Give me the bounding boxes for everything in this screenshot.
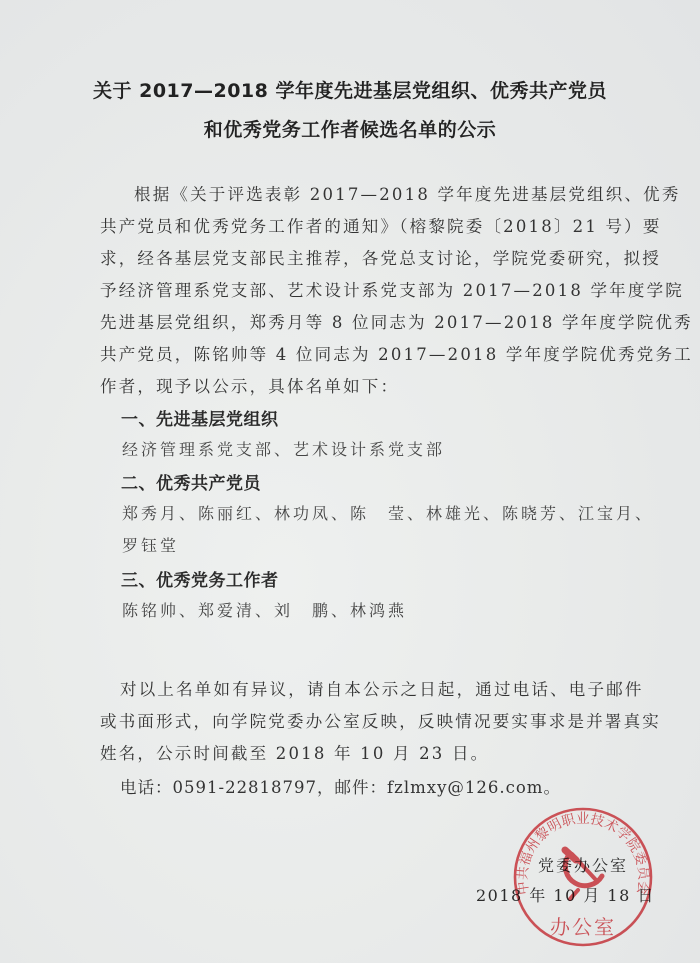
document-title-line-2: 和优秀党务工作者候选名单的公示 <box>0 115 700 142</box>
stamp-bottom-text: 办公室 <box>550 915 616 939</box>
paragraph-line: 作者，现予以公示，具体名单如下： <box>100 373 399 397</box>
document-title-line-1: 关于 2017—2018 学年度先进基层党组织、优秀共产党员 <box>0 76 700 103</box>
paragraph-line: 求，经各基层党支部民主推荐，各党总支讨论，学院党委研究，拟授 <box>100 245 624 269</box>
section-names: 罗钰堂 <box>122 533 179 556</box>
section-heading: 二、优秀共产党员 <box>121 469 261 494</box>
document-page: 关于 2017—2018 学年度先进基层党组织、优秀共产党员 和优秀党务工作者候… <box>0 0 700 963</box>
official-seal-stamp: 中共福州黎明职业技术学院委员会 办公室 <box>510 806 656 948</box>
section-heading: 一、先进基层党组织 <box>121 405 279 430</box>
paragraph-line: 对以上名单如有异议，请自本公示之日起，通过电话、电子邮件 <box>120 676 624 700</box>
contact-line: 电话：0591-22818797，邮件：fzlmxy@126.com。 <box>120 774 561 798</box>
paragraph-line: 姓名，公示时间截至 2018 年 10 月 23 日。 <box>100 740 489 764</box>
section-heading: 三、优秀党务工作者 <box>121 566 279 591</box>
section-names: 经济管理系党支部、艺术设计系党支部 <box>122 437 445 460</box>
paragraph-line: 予经济管理系党支部、艺术设计系党支部为 2017—2018 学年度学院 <box>100 277 624 301</box>
hammer-sickle-icon <box>565 850 602 899</box>
paragraph-line: 或书面形式，向学院党委办公室反映，反映情况要实事求是并署真实 <box>100 708 624 732</box>
section-names: 郑秀月、陈丽红、林功凤、陈 莹、林雄光、陈晓芳、江宝月、 <box>122 501 620 524</box>
paragraph-line: 先进基层党组织，郑秀月等 8 位同志为 2017—2018 学年度学院优秀 <box>100 309 624 333</box>
paragraph-line: 共产党员，陈铭帅等 4 位同志为 2017—2018 学年度学院优秀党务工 <box>100 341 624 365</box>
section-names: 陈铭帅、郑爱清、刘 鹏、林鸿燕 <box>122 598 407 621</box>
paragraph-line: 根据《关于评选表彰 2017—2018 学年度先进基层党组织、优秀 <box>134 181 624 205</box>
paragraph-line: 共产党员和优秀党务工作者的通知》（榕黎院委〔2018〕21 号）要 <box>100 213 624 237</box>
